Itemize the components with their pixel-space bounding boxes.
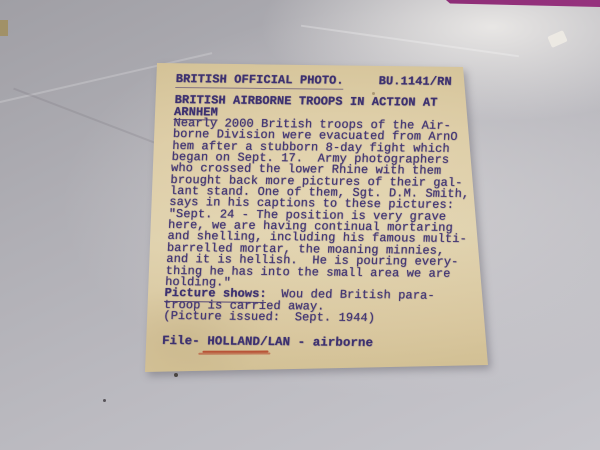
photo-of-caption-note: BRITISH OFFICIAL PHOTO.BU.1141/RN BRITIS… bbox=[0, 0, 600, 450]
file-reference-line: File- HOLLAND/LAN - airborne bbox=[162, 336, 465, 351]
file-highlight: HOLLAND/LAN bbox=[207, 335, 291, 350]
header-left-text: BRITISH OFFICIAL PHOTO. bbox=[175, 72, 344, 89]
picture-issued-line: (Picture issued: Sept. 1944) bbox=[163, 311, 466, 326]
typed-caption-text: BRITISH OFFICIAL PHOTO.BU.1141/RN BRITIS… bbox=[162, 74, 478, 351]
header-photo-number: BU.1141/RN bbox=[378, 74, 452, 89]
caption-header: BRITISH OFFICIAL PHOTO.BU.1141/RN bbox=[175, 74, 478, 89]
file-suffix: - airborne bbox=[290, 335, 374, 350]
file-prefix: File- bbox=[162, 334, 208, 348]
